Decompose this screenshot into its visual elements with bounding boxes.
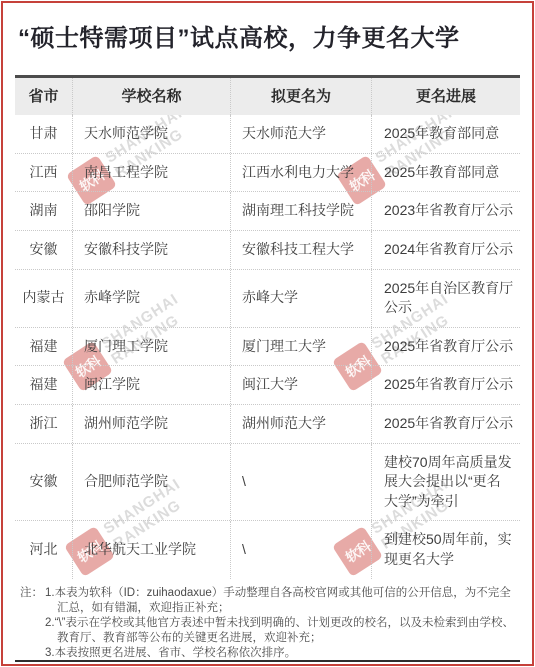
column-header-proposed: 拟更名为 [230,78,371,115]
table-body: 甘肃 天水师范学院 天水师范大学 2025年教育部同意 江西 南昌工程学院 江西… [15,115,520,578]
cell-province: 安徽 [15,231,72,269]
cell-progress: 2023年省教育厅公示 [371,192,520,230]
notes-label: 注： [20,586,43,601]
cell-school: 闽江学院 [72,366,230,404]
table-header-row: 省市 学校名称 拟更名为 更名进展 [15,78,520,115]
cell-proposed: \ [230,521,371,578]
cell-school: 天水师范学院 [72,115,230,153]
cell-proposed: 厦门理工大学 [230,328,371,366]
cell-school: 厦门理工学院 [72,328,230,366]
cell-proposed: \ [230,444,371,521]
cell-province: 江西 [15,154,72,192]
cell-province: 内蒙古 [15,270,72,327]
cell-school: 安徽科技学院 [72,231,230,269]
cell-province: 浙江 [15,405,72,443]
cell-province: 安徽 [15,444,72,521]
cell-school: 南昌工程学院 [72,154,230,192]
table-row: 浙江 湖州师范学院 湖州师范大学 2025年省教育厅公示 [15,404,520,443]
column-header-province: 省市 [15,78,72,115]
cell-progress: 2024年省教育厅公示 [371,231,520,269]
cell-school: 邵阳学院 [72,192,230,230]
column-header-school: 学校名称 [72,78,230,115]
cell-progress: 到建校50周年前，实现更名大学 [371,521,520,578]
bottom-divider [15,660,520,662]
cell-province: 甘肃 [15,115,72,153]
cell-school: 北华航天工业学院 [72,521,230,578]
rename-table: 省市 学校名称 拟更名为 更名进展 甘肃 天水师范学院 天水师范大学 2025年… [15,75,520,578]
column-header-progress: 更名进展 [371,78,520,115]
table-row: 江西 南昌工程学院 江西水利电力大学 2025年教育部同意 [15,153,520,192]
cell-progress: 2025年省教育厅公示 [371,328,520,366]
infographic-page: 软科 SHANGHAIRANKING 软科 SHANGHAIRANKING 软科… [0,0,535,667]
cell-proposed: 赤峰大学 [230,270,371,327]
page-title: “硕士特需项目”试点高校，力争更名大学 [18,23,517,54]
table-row: 内蒙古 赤峰学院 赤峰大学 2025年自治区教育厅公示 [15,269,520,327]
cell-progress: 2025年教育部同意 [371,154,520,192]
cell-progress: 2025年省教育厅公示 [371,366,520,404]
cell-progress: 建校70周年高质量发展大会提出以“更名大学”为牵引 [371,444,520,521]
cell-province: 湖南 [15,192,72,230]
cell-progress: 2025年教育部同意 [371,115,520,153]
cell-school: 合肥师范学院 [72,444,230,521]
cell-province: 福建 [15,366,72,404]
cell-progress: 2025年省教育厅公示 [371,405,520,443]
cell-progress: 2025年自治区教育厅公示 [371,270,520,327]
table-row: 河北 北华航天工业学院 \ 到建校50周年前，实现更名大学 [15,520,520,578]
cell-proposed: 安徽科技工程大学 [230,231,371,269]
table-row: 甘肃 天水师范学院 天水师范大学 2025年教育部同意 [15,115,520,153]
table-row: 湖南 邵阳学院 湖南理工科技学院 2023年省教育厅公示 [15,191,520,230]
cell-school: 赤峰学院 [72,270,230,327]
cell-proposed: 湖州师范大学 [230,405,371,443]
cell-proposed: 天水师范大学 [230,115,371,153]
cell-proposed: 闽江大学 [230,366,371,404]
notes-section: 注： 1.本表为软科（ID：zuihaodaxue）手动整理自各高校官网或其他可… [20,586,519,662]
cell-proposed: 湖南理工科技学院 [230,192,371,230]
table-row: 福建 闽江学院 闽江大学 2025年省教育厅公示 [15,365,520,404]
cell-province: 福建 [15,328,72,366]
table-row: 安徽 合肥师范学院 \ 建校70周年高质量发展大会提出以“更名大学”为牵引 [15,443,520,521]
note-item: 2.“\”表示在学校或其他官方表述中暂未找到明确的、计划更改的校名，以及未检索到… [45,616,519,646]
cell-province: 河北 [15,521,72,578]
table-row: 福建 厦门理工学院 厦门理工大学 2025年省教育厅公示 [15,327,520,366]
note-item: 1.本表为软科（ID：zuihaodaxue）手动整理自各高校官网或其他可信的公… [45,586,519,616]
cell-school: 湖州师范学院 [72,405,230,443]
table-row: 安徽 安徽科技学院 安徽科技工程大学 2024年省教育厅公示 [15,230,520,269]
cell-proposed: 江西水利电力大学 [230,154,371,192]
content: “硕士特需项目”试点高校，力争更名大学 省市 学校名称 拟更名为 更名进展 甘肃… [0,23,535,661]
